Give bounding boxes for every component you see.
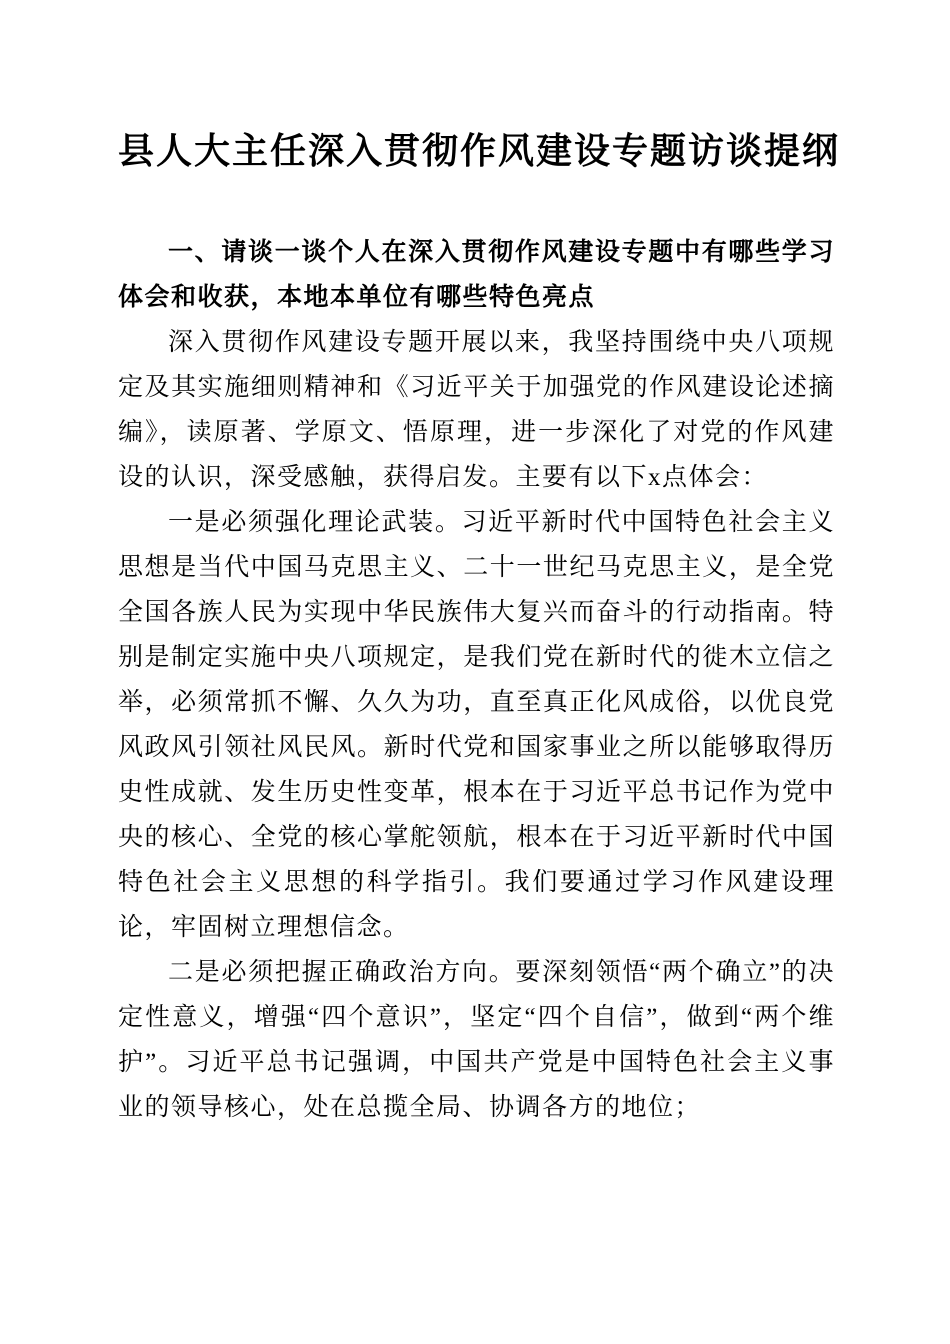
paragraph-point-one: 一是必须强化理论武装。习近平新时代中国特色社会主义思想是当代中国马克思主义、二十… (118, 500, 835, 950)
section-heading: 一、请谈一谈个人在深入贯彻作风建设专题中有哪些学习体会和收获，本地本单位有哪些特… (118, 230, 835, 320)
document-title: 县人大主任深入贯彻作风建设专题访谈提纲 (118, 125, 835, 177)
paragraph-intro: 深入贯彻作风建设专题开展以来，我坚持围绕中央八项规定及其实施细则精神和《习近平关… (118, 320, 835, 500)
document-page: 县人大主任深入贯彻作风建设专题访谈提纲 一、请谈一谈个人在深入贯彻作风建设专题中… (0, 0, 950, 1344)
paragraph-point-two: 二是必须把握正确政治方向。要深刻领悟“两个确立”的决定性意义，增强“四个意识”，… (118, 950, 835, 1130)
